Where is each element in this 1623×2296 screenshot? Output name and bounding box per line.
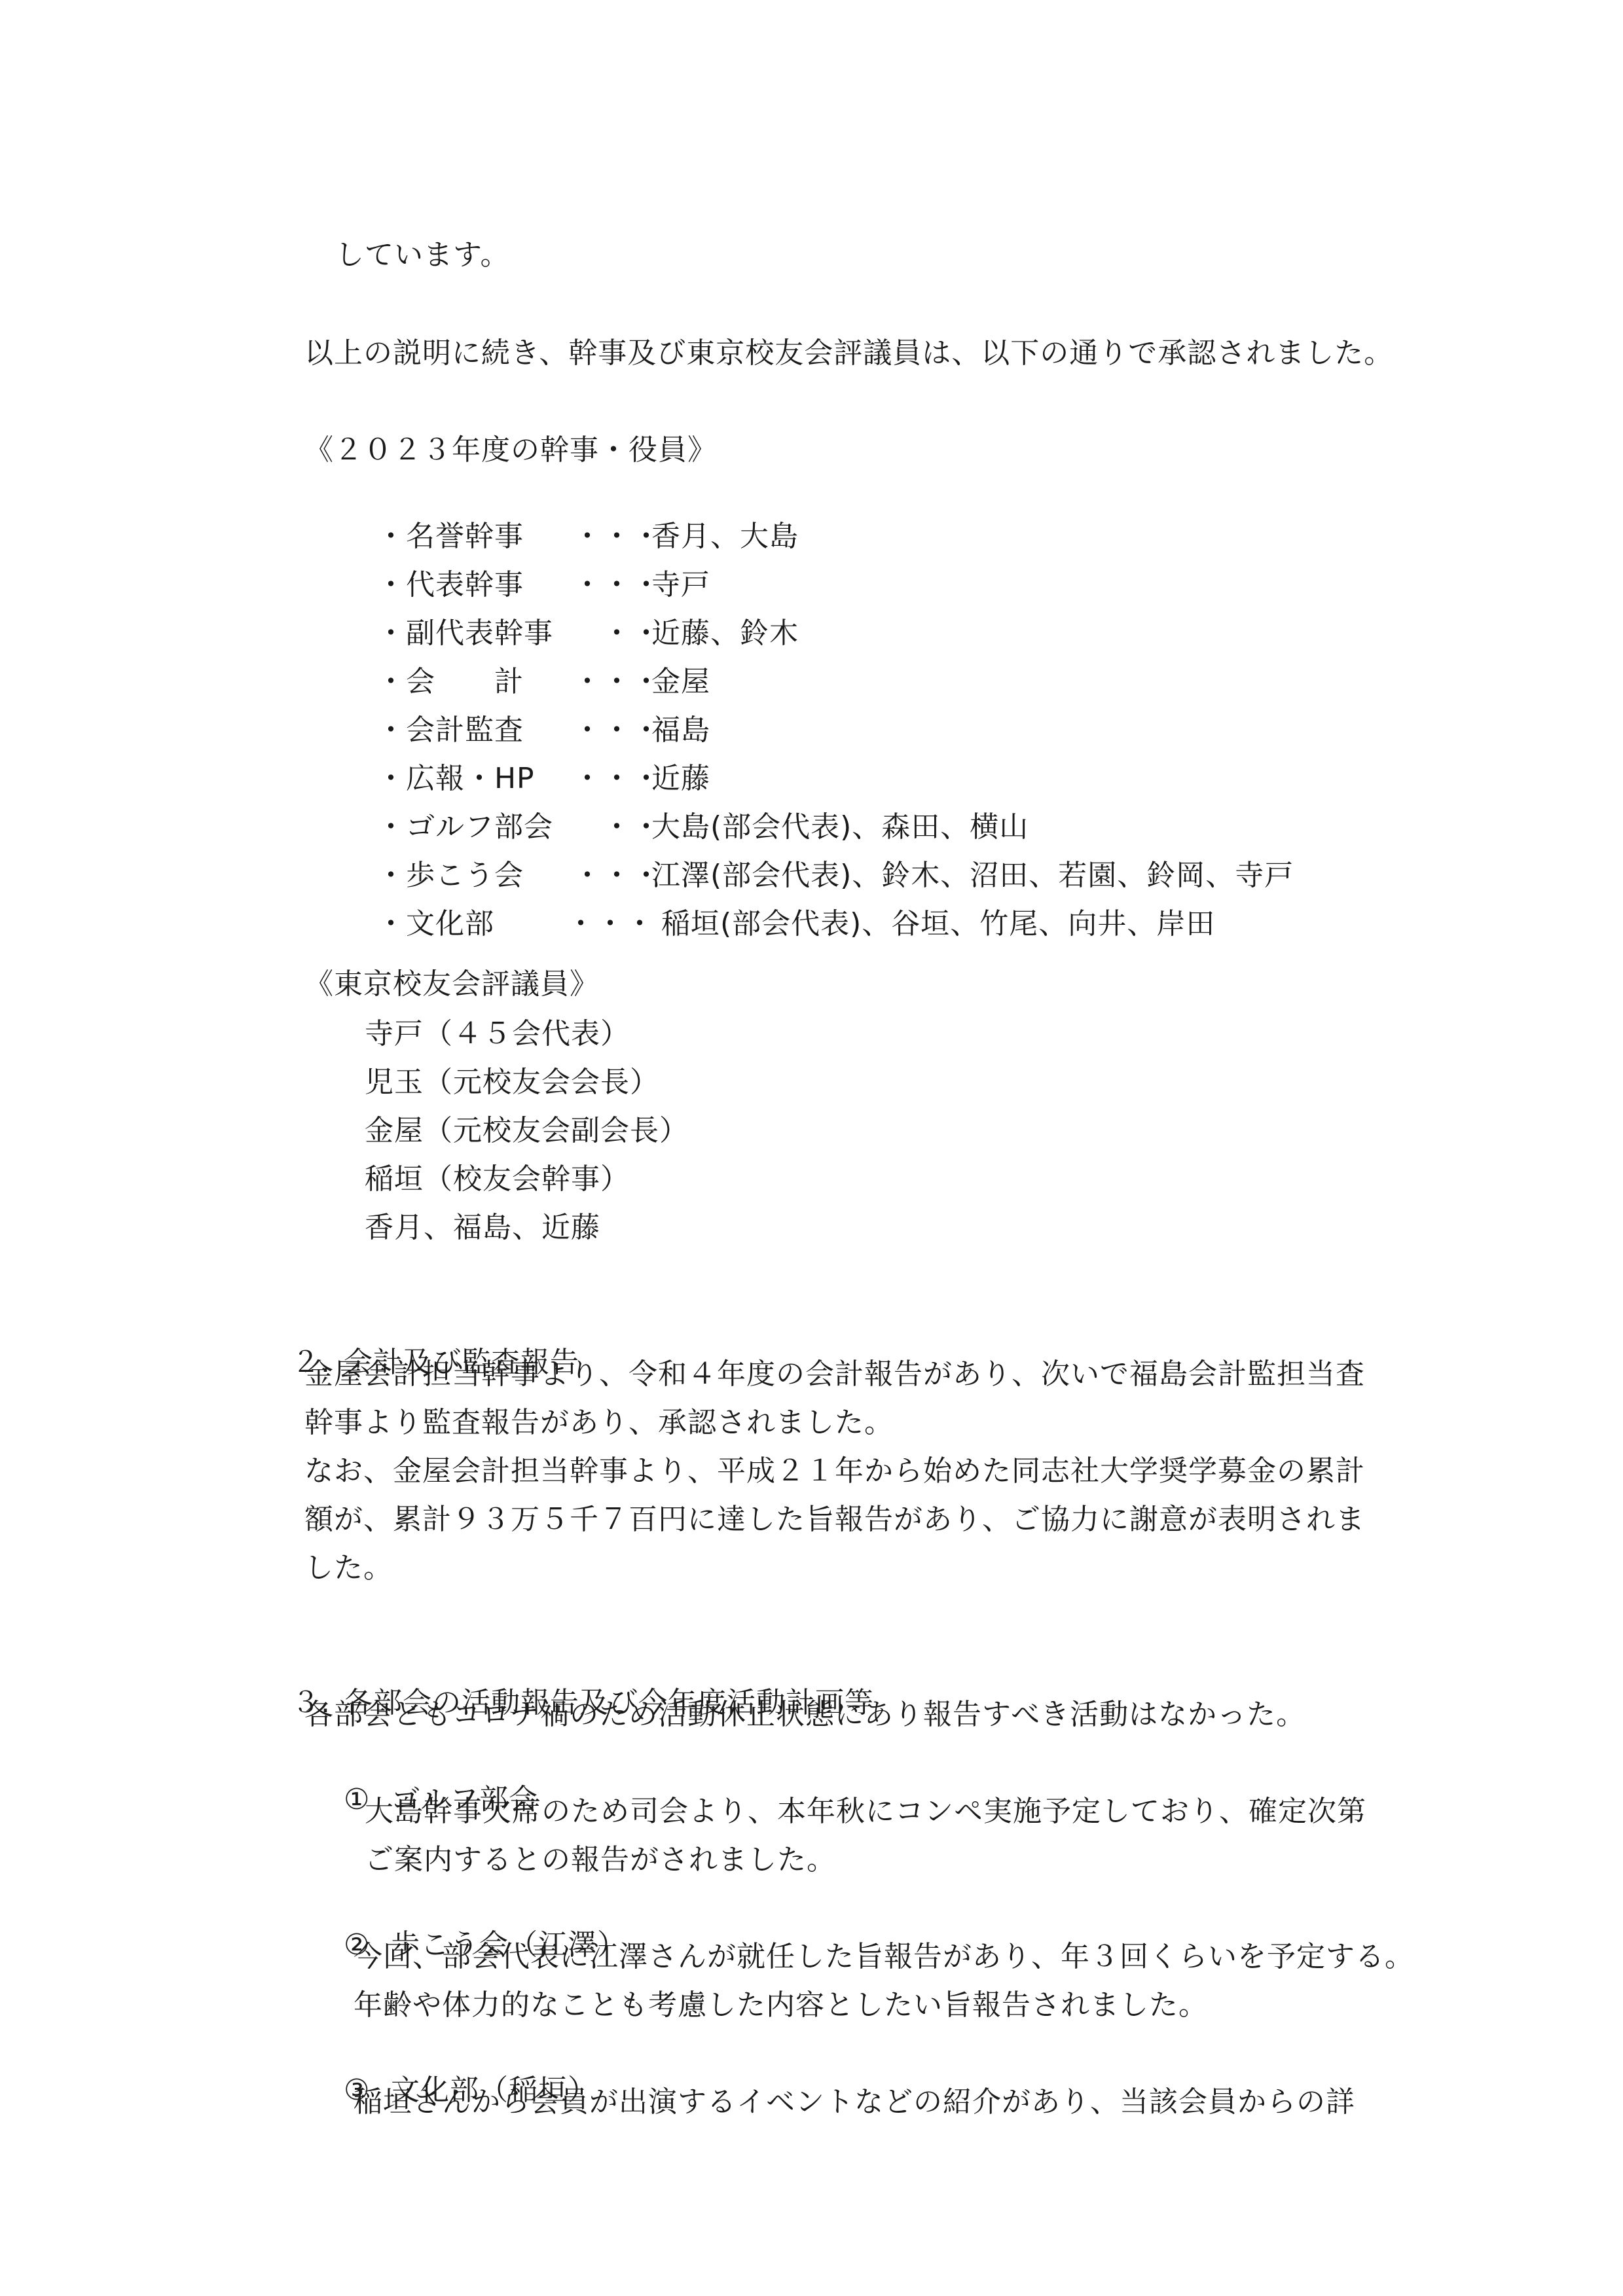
approval-sentence: 以上の説明に続き、幹事及び東京校友会評議員は、以下の通りで承認されました。 [304,335,1393,372]
continuation-text: しています。 [335,237,509,274]
paragraph-line: 今回、部会代表に江澤さんが就任した旨報告があり、年３回くらいを予定する。 [354,1939,1414,1975]
paragraph-line: 金屋会計担当幹事より、令和４年度の会計報告があり、次いで福島会計監担当査 [304,1356,1365,1393]
document-page: しています。 以上の説明に続き、幹事及び東京校友会評議員は、以下の通りで承認され… [0,0,1623,2296]
councilor-row: 香月、福島、近藤 [365,1210,600,1246]
officer-dots: ・・・ [566,906,651,942]
officer-role: ・文化部 [376,906,566,942]
officer-names: 稲垣(部会代表)、谷垣、竹尾、向井、岸田 [651,907,1215,941]
paragraph-line: 各部会ともコロナ禍のため活動休止状態にあり報告すべき活動はなかった。 [304,1696,1305,1733]
paragraph-line: ご案内するとの報告がされました。 [365,1842,836,1878]
officers-heading: 《２０２３年度の幹事・役員》 [304,432,717,469]
councilor-row: 稲垣（校友会幹事） [365,1161,630,1198]
paragraph-line: なお、金屋会計担当幹事より、平成２１年から始めた同志社大学奨学募金の累計 [304,1453,1365,1490]
officer-row: ・文化部・・・ 稲垣(部会代表)、谷垣、竹尾、向井、岸田 [337,869,1215,979]
councilors-heading: 《東京校友会評議員》 [304,966,599,1003]
paragraph-line: 額が、累計９３万５千７百円に達した旨報告があり、ご協力に謝意が表明されま [304,1501,1365,1538]
councilor-row: 金屋（元校友会副会長） [365,1113,689,1149]
councilor-row: 児玉（元校友会会長） [365,1064,659,1101]
paragraph-line: した。 [304,1550,393,1587]
paragraph-line: 稲垣さんから会員が出演するイベントなどの紹介があり、当該会員からの詳 [354,2084,1355,2121]
councilor-row: 寺戸（４５会代表） [365,1016,630,1052]
paragraph-line: 大島幹事欠席のため司会より、本年秋にコンペ実施予定しており、確定次第 [365,1793,1366,1830]
paragraph-line: 幹事より監査報告があり、承認されました。 [304,1405,894,1441]
paragraph-line: 年齢や体力的なことも考慮した内容としたい旨報告されました。 [354,1987,1208,2024]
